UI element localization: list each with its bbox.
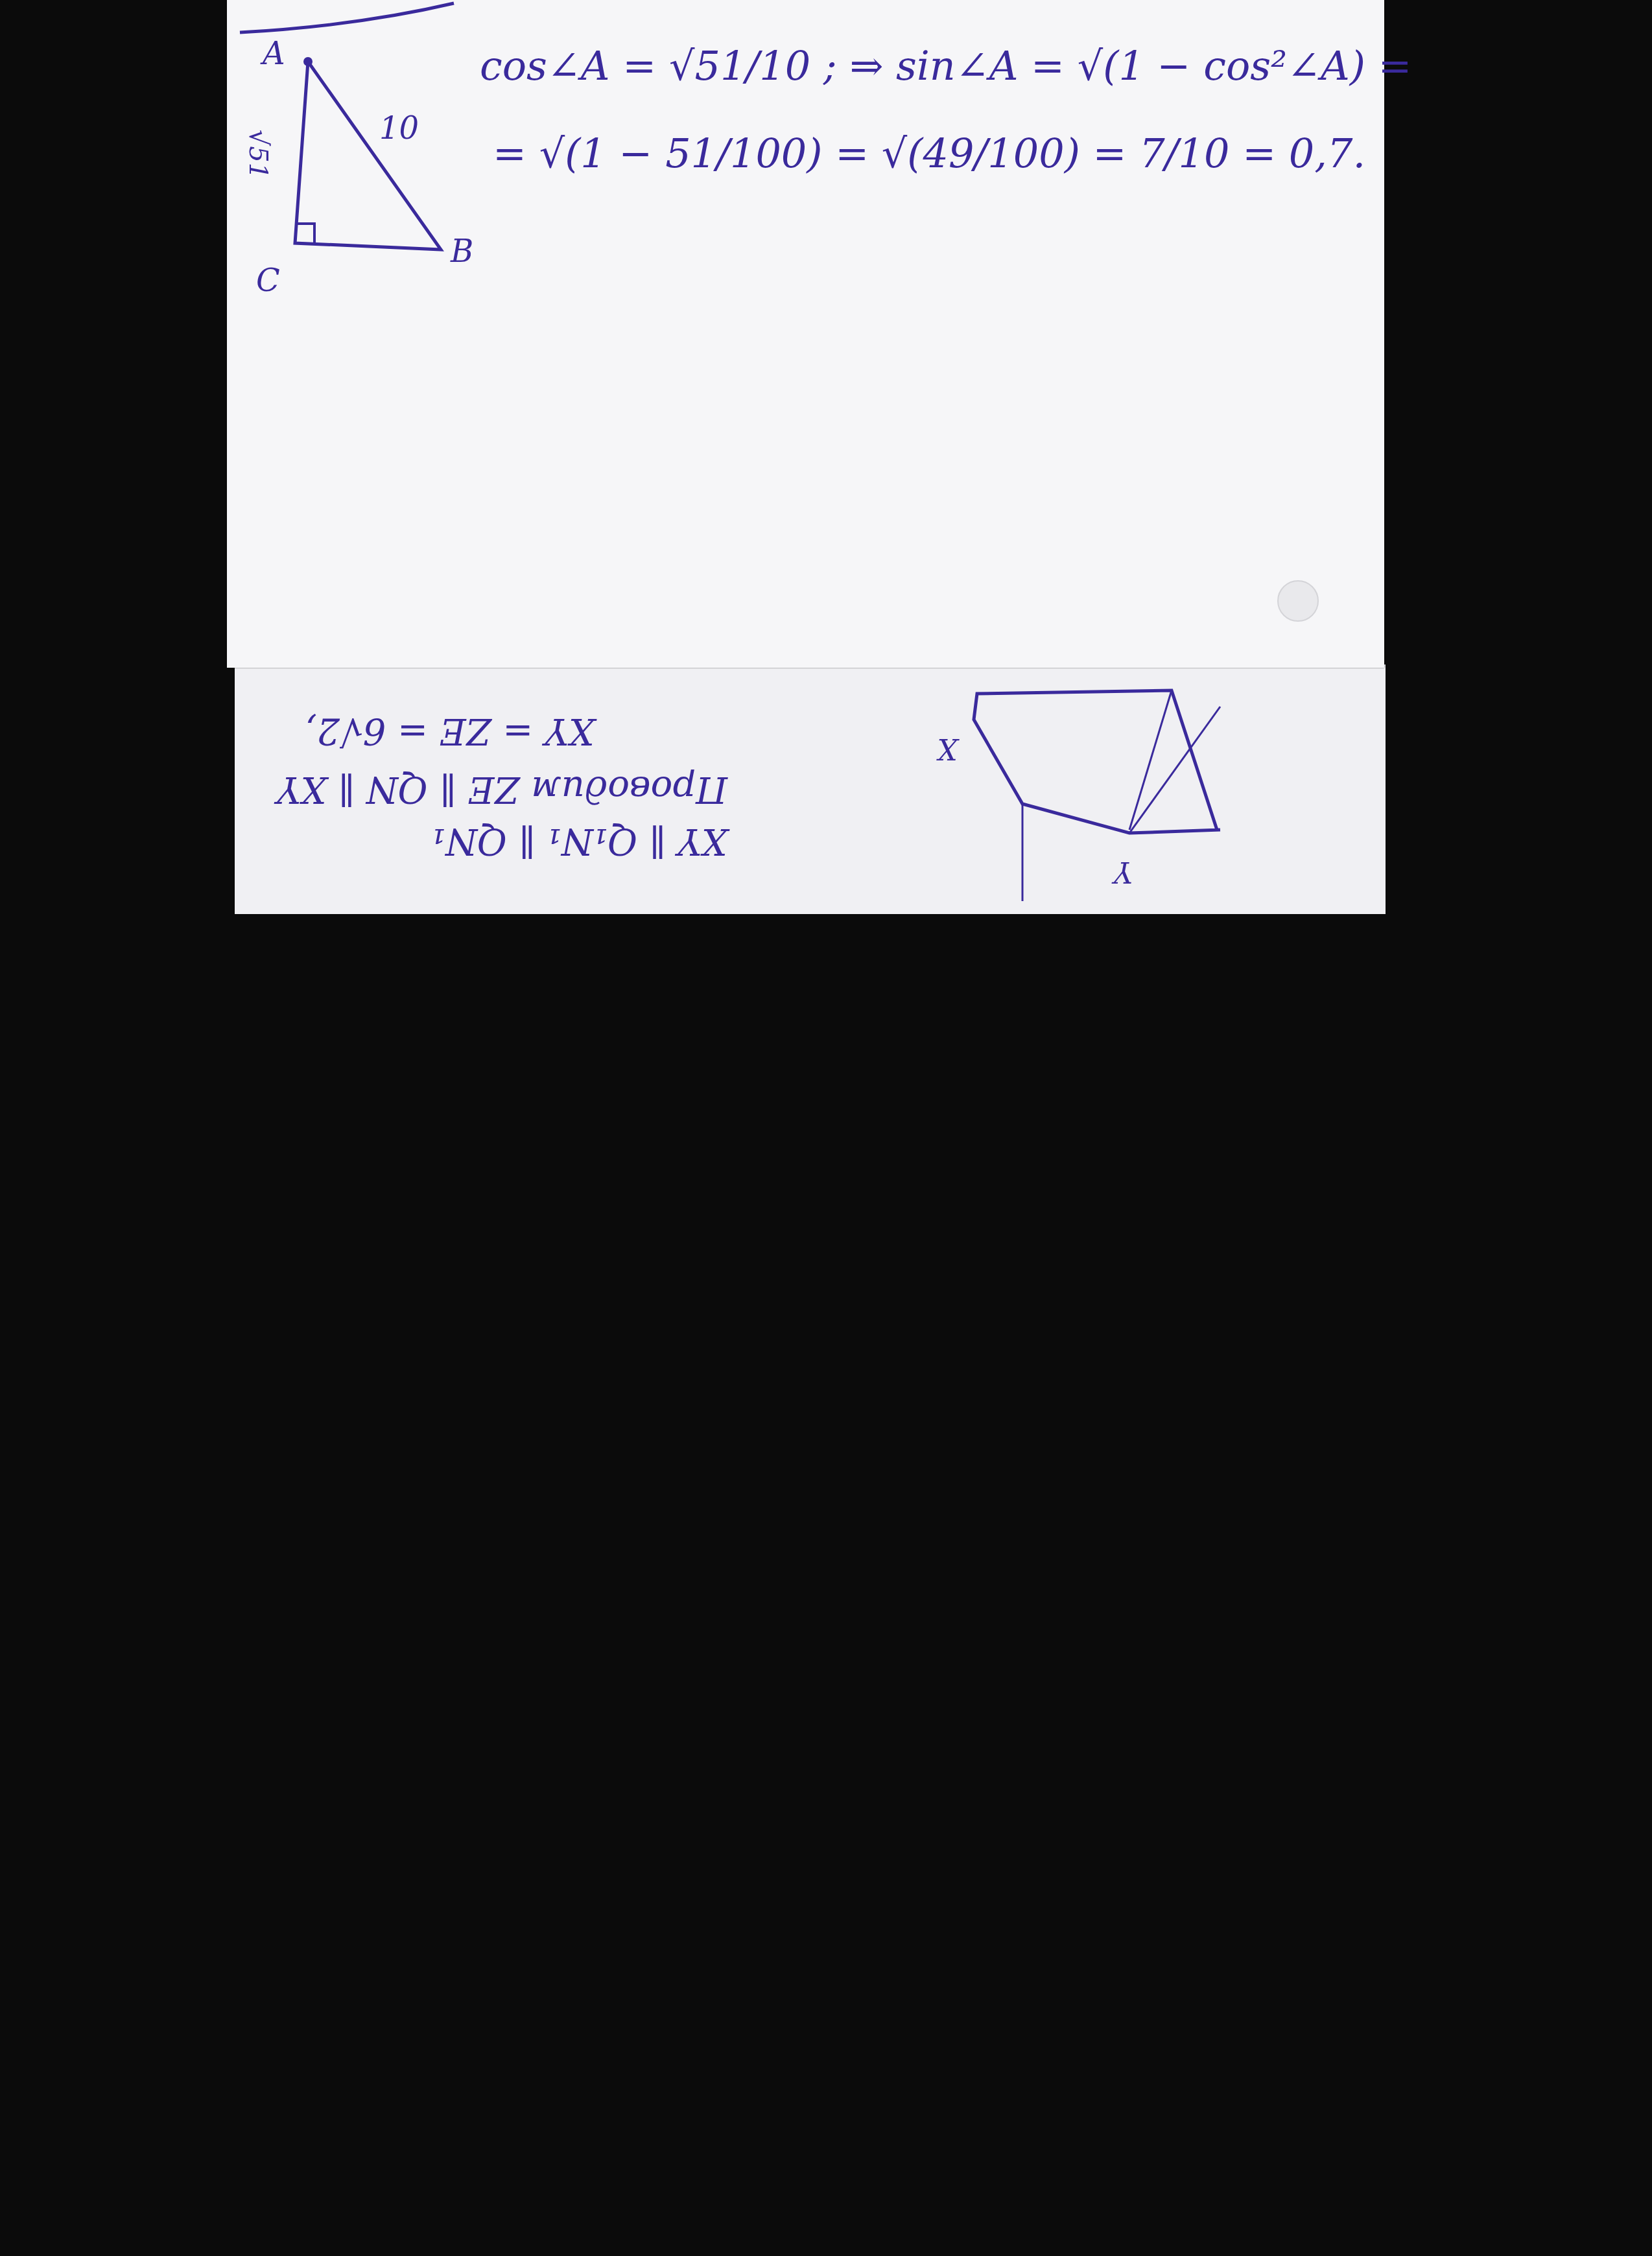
triangle-diagram — [227, 0, 1384, 668]
side-ab-label: 10 — [379, 110, 419, 147]
top-paper-sheet: A B C 10 √51 cos∠A = √51/10 ; ⇒ sin∠A = … — [227, 0, 1384, 668]
equation-line-2: = √(1 − 51/100) = √(49/100) = 7/10 = 0,7… — [493, 130, 1365, 177]
bottom-paper-sheet: XY ∥ Q₁N₁ ∥ QN₁ Проводим ZE ∥ QN ∥ XY XY… — [235, 664, 1386, 914]
vertex-label-a: A — [263, 36, 285, 72]
side-ac-label: √51 — [243, 130, 273, 179]
label-x: X — [938, 732, 958, 765]
upside-down-content: XY ∥ Q₁N₁ ∥ QN₁ Проводим ZE ∥ QN ∥ XY XY… — [235, 664, 1386, 914]
vertex-label-c: C — [256, 263, 280, 299]
equation-line-1: cos∠A = √51/10 ; ⇒ sin∠A = √(1 − cos²∠A)… — [480, 42, 1412, 89]
text-line-3: XY = ZE = 6√2, — [305, 710, 595, 752]
text-line-2: Проводим ZE ∥ QN ∥ XY — [277, 768, 727, 810]
punch-hole — [1277, 580, 1319, 622]
vertex-label-b: B — [451, 233, 473, 270]
label-y: Y — [1114, 855, 1133, 888]
text-line-1: XY ∥ Q₁N₁ ∥ QN₁ — [431, 820, 727, 862]
